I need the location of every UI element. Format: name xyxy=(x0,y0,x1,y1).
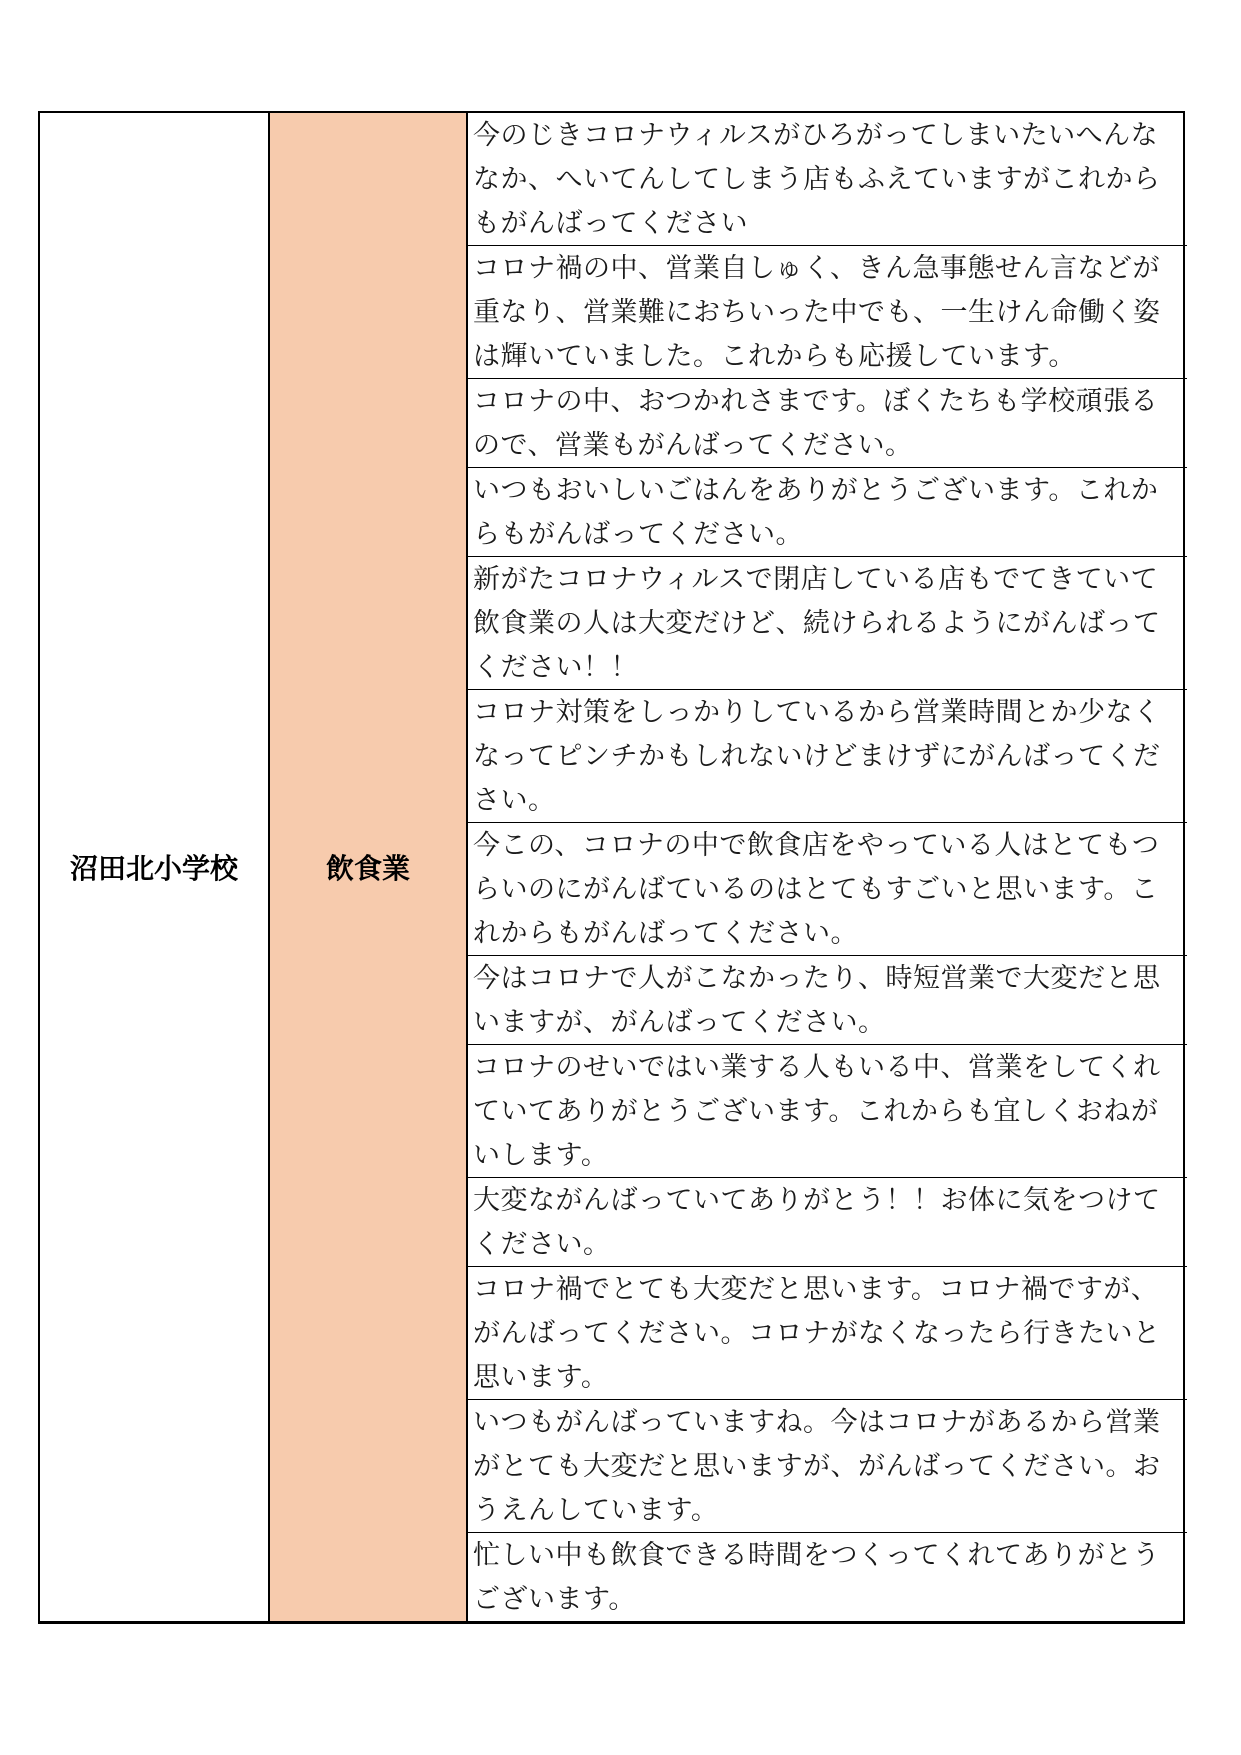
message-cell: 新がたコロナウィルスで閉店している店もでてきていて飲食業の人は大変だけど、続けら… xyxy=(468,557,1187,690)
comments-table: 沼田北小学校 飲食業 今のじきコロナウィルスがひろがってしまいたいへんななか、へ… xyxy=(38,111,1185,1624)
document-page: 沼田北小学校 飲食業 今のじきコロナウィルスがひろがってしまいたいへんななか、へ… xyxy=(0,0,1241,1755)
message-cell: コロナの中、おつかれさまです。ぼくたちも学校頑張るので、営業もがんばってください… xyxy=(468,379,1187,468)
message-cell: 今はコロナで人がこなかったり、時短営業で大変だと思いますが、がんばってください。 xyxy=(468,956,1187,1045)
message-cell: 大変ながんばっていてありがとう！！お体に気をつけてください。 xyxy=(468,1178,1187,1267)
message-cell: 忙しい中も飲食できる時間をつくってくれてありがとうございます。 xyxy=(468,1533,1187,1621)
message-cell: コロナ対策をしっかりしているから営業時間とか少なくなってピンチかもしれないけどま… xyxy=(468,690,1187,823)
school-cell: 沼田北小学校 xyxy=(40,113,270,1621)
message-cell: いつもおいしいごはんをありがとうございます。これからもがんばってください。 xyxy=(468,468,1187,557)
message-cell: 今この、コロナの中で飲食店をやっている人はとてもつらいのにがんばているのはとても… xyxy=(468,823,1187,956)
message-cell: コロナ禍の中、営業自しゅく、きん急事態せん言などが重なり、営業難におちいった中で… xyxy=(468,246,1187,379)
message-cell: コロナのせいではい業する人もいる中、営業をしてくれていてありがとうございます。こ… xyxy=(468,1045,1187,1178)
message-cell: いつもがんばっていますね。今はコロナがあるから営業がとても大変だと思いますが、が… xyxy=(468,1400,1187,1533)
category-cell: 飲食業 xyxy=(270,113,468,1621)
messages-column: 今のじきコロナウィルスがひろがってしまいたいへんななか、へいてんしてしまう店もふ… xyxy=(468,113,1187,1621)
message-cell: コロナ禍でとても大変だと思います。コロナ禍ですが、がんばってください。コロナがな… xyxy=(468,1267,1187,1400)
message-cell: 今のじきコロナウィルスがひろがってしまいたいへんななか、へいてんしてしまう店もふ… xyxy=(468,113,1187,246)
